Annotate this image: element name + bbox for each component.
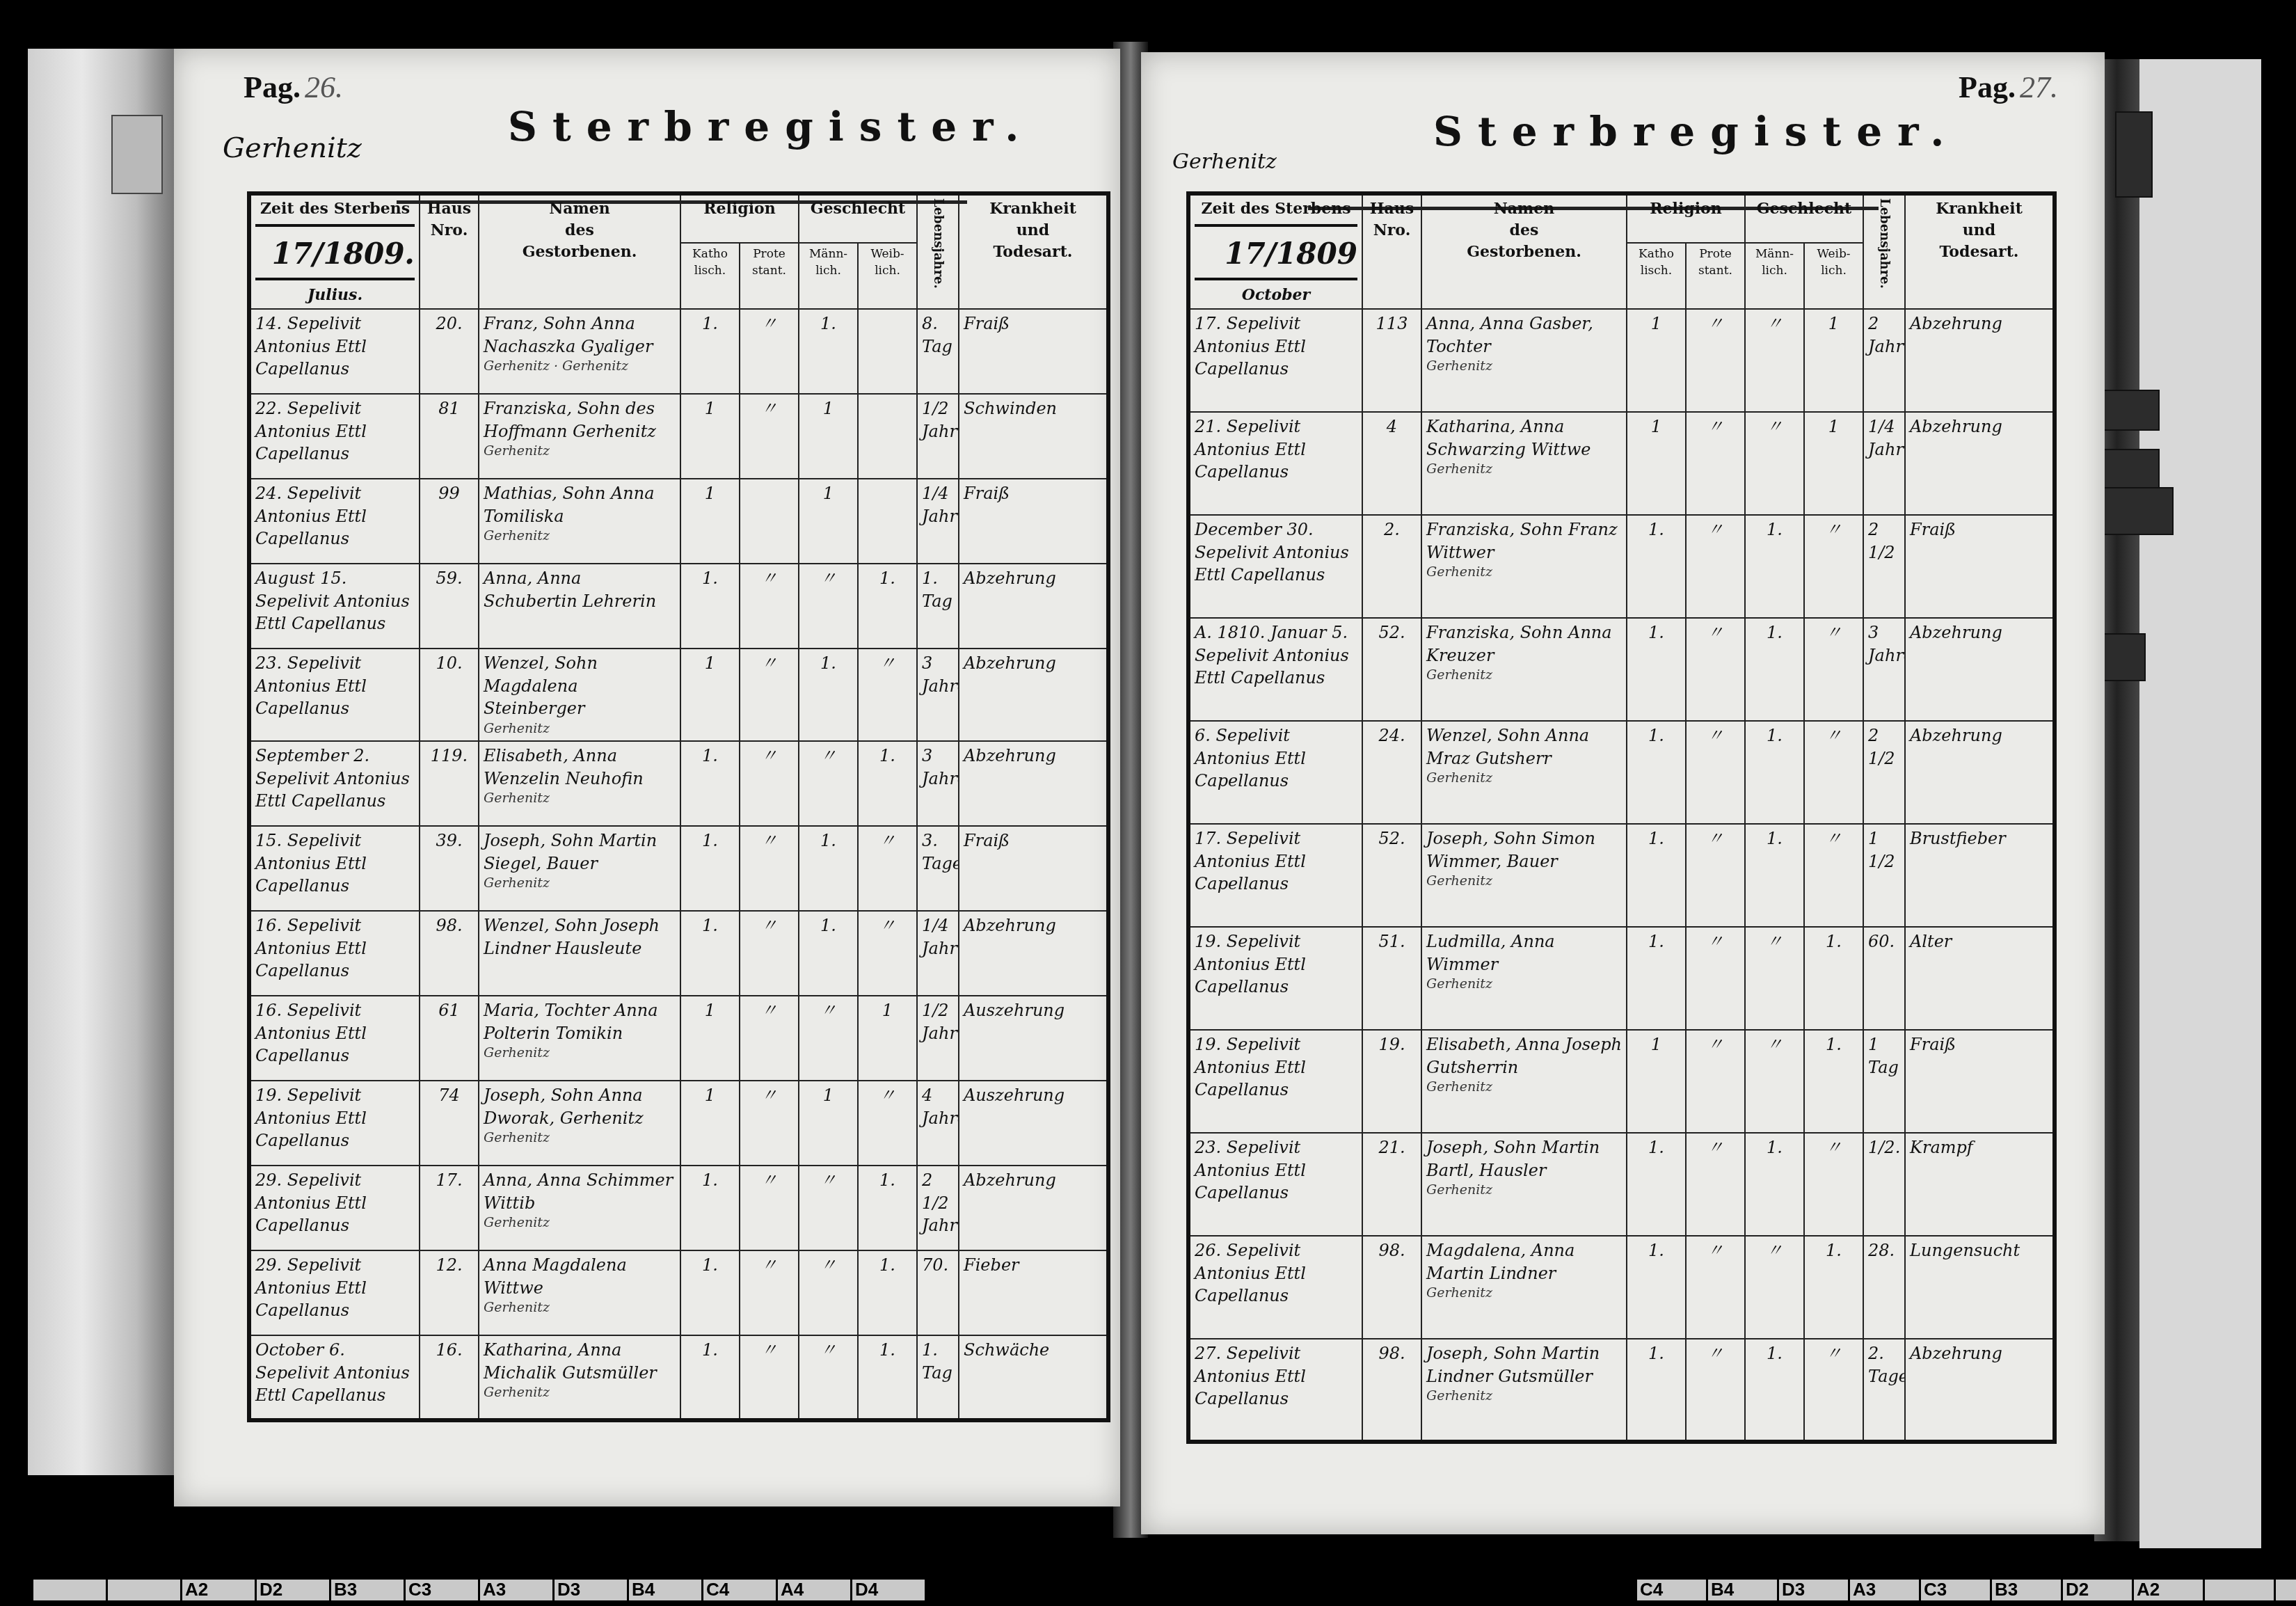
male-mark: 〃: [1745, 412, 1804, 515]
male-mark: 〃: [1745, 927, 1804, 1030]
table-row: 19. Sepelivit Antonius Ettl Capellanus51…: [1188, 927, 2055, 1030]
calibration-cell: D3: [1777, 1580, 1848, 1600]
age-value: 2 1/2: [1863, 515, 1905, 618]
calibration-cell: D2: [2061, 1580, 2132, 1600]
house-number: 4: [1362, 412, 1421, 515]
deceased-name: Katharina, Anna Michalik GutsmüllerGerhe…: [479, 1335, 680, 1420]
catholic-mark: 1.: [680, 309, 740, 394]
catholic-mark: 1.: [1627, 1133, 1686, 1236]
entry-date: 24. Sepelivit Antonius Ettl Capellanus: [249, 479, 420, 564]
age-value: 4 Jahre: [917, 1081, 959, 1166]
male-mark: 1: [799, 1081, 858, 1166]
register-year: 17/1809.: [255, 234, 415, 280]
entry-date: 19. Sepelivit Antonius Ettl Capellanus: [1188, 927, 1362, 1030]
calibration-cell: A2: [180, 1580, 255, 1600]
male-mark: 1.: [1745, 721, 1804, 824]
cause-of-death: Brustfieber: [1905, 824, 2055, 927]
male-mark: 1.: [1745, 618, 1804, 721]
marginal-annotation: Gerhenitz: [1426, 564, 1622, 582]
marginal-annotation: Gerhenitz: [1426, 1182, 1622, 1200]
entry-date: 19. Sepelivit Antonius Ettl Capellanus: [1188, 1030, 1362, 1133]
house-number: 99: [420, 479, 479, 564]
cause-of-death: Abzehrung: [959, 741, 1108, 826]
female-mark: 1: [858, 996, 917, 1081]
entry-date: 23. Sepelivit Antonius Ettl Capellanus: [1188, 1133, 1362, 1236]
age-value: 2 1/2: [1863, 721, 1905, 824]
deceased-name: Katharina, Anna Schwarzing WittweGerheni…: [1421, 412, 1627, 515]
house-number: 61: [420, 996, 479, 1081]
male-mark: 1.: [799, 911, 858, 996]
age-value: 1/2 Jahr: [917, 394, 959, 479]
female-mark: 1: [1804, 412, 1863, 515]
deceased-name: Elisabeth, Anna Joseph GutsherrinGerheni…: [1421, 1030, 1627, 1133]
age-value: 1 Tag: [1863, 1030, 1905, 1133]
male-mark: 1: [799, 394, 858, 479]
deceased-name: Joseph, Sohn Anna Dworak, GerhenitzGerhe…: [479, 1081, 680, 1166]
register-month: October: [1242, 286, 1310, 304]
age-value: 28.: [1863, 1236, 1905, 1339]
parish-name: Gerhenitz: [1172, 150, 1277, 174]
protestant-mark: 〃: [1686, 1133, 1745, 1236]
female-mark: [858, 479, 917, 564]
calibration-cell: B3: [329, 1580, 404, 1600]
age-value: 1/2 Jahr: [917, 996, 959, 1081]
calibration-cell: B4: [1706, 1580, 1777, 1600]
protestant-header: Prote stant.: [1686, 243, 1745, 309]
deceased-name: Anna, Anna Schubertin Lehrerin: [479, 564, 680, 649]
protestant-mark: 〃: [1686, 618, 1745, 721]
marginal-annotation: Gerhenitz: [484, 1129, 676, 1147]
religion-header: Religion: [680, 193, 799, 243]
calibration-cell: C3: [404, 1580, 478, 1600]
table-row: A. 1810. Januar 5. Sepelivit Antonius Et…: [1188, 618, 2055, 721]
cause-of-death: Fieber: [959, 1250, 1108, 1335]
backing-card: [2139, 59, 2261, 1548]
house-number: 81: [420, 394, 479, 479]
deceased-name: Magdalena, Anna Martin LindnerGerhenitz: [1421, 1236, 1627, 1339]
marginal-annotation: Gerhenitz · Gerhenitz: [484, 358, 676, 376]
age-value: 60.: [1863, 927, 1905, 1030]
age-value: 1/4 Jahr: [917, 479, 959, 564]
entry-date: October 6. Sepelivit Antonius Ettl Capel…: [249, 1335, 420, 1420]
age-value: 1 1/2: [1863, 824, 1905, 927]
entry-date: 17. Sepelivit Antonius Ettl Capellanus: [1188, 824, 1362, 927]
deceased-name: Ludmilla, Anna WimmerGerhenitz: [1421, 927, 1627, 1030]
table-row: 29. Sepelivit Antonius Ettl Capellanus17…: [249, 1166, 1108, 1250]
female-mark: 〃: [1804, 1133, 1863, 1236]
female-mark: 1.: [858, 1250, 917, 1335]
marginal-annotation: Gerhenitz: [484, 1044, 676, 1063]
catholic-mark: 1.: [1627, 1236, 1686, 1339]
calibration-cell: C4: [701, 1580, 776, 1600]
house-number: 98.: [420, 911, 479, 996]
protestant-mark: 〃: [1686, 721, 1745, 824]
table-row: 24. Sepelivit Antonius Ettl Capellanus99…: [249, 479, 1108, 564]
male-mark: 〃: [799, 1166, 858, 1250]
catholic-mark: 1: [680, 996, 740, 1081]
page-number: Pag.27.: [1959, 70, 2058, 105]
cause-of-death: Auszehrung: [959, 1081, 1108, 1166]
female-mark: 1.: [1804, 1030, 1863, 1133]
female-mark: 1.: [858, 1335, 917, 1420]
calibration-cell: C3: [1919, 1580, 1990, 1600]
deceased-name: Wenzel, Sohn Magdalena SteinbergerGerhen…: [479, 649, 680, 741]
calibration-cell: A2: [2132, 1580, 2203, 1600]
sex-header: Geschlecht: [1745, 193, 1863, 243]
entry-date: 6. Sepelivit Antonius Ettl Capellanus: [1188, 721, 1362, 824]
calibration-cell: D4: [850, 1580, 925, 1600]
house-number: 12.: [420, 1250, 479, 1335]
calibration-cell: C4: [1635, 1580, 1706, 1600]
protestant-mark: [740, 479, 799, 564]
table-row: 6. Sepelivit Antonius Ettl Capellanus24.…: [1188, 721, 2055, 824]
age-header: Lebensjahre.: [1863, 193, 1905, 309]
page-label: Pag.: [244, 70, 301, 104]
age-value: 2 1/2 Jahr: [917, 1166, 959, 1250]
protestant-mark: 〃: [740, 996, 799, 1081]
house-number: 2.: [1362, 515, 1421, 618]
deceased-name: Mathias, Sohn Anna TomiliskaGerhenitz: [479, 479, 680, 564]
marginal-annotation: Gerhenitz: [484, 1384, 676, 1402]
female-mark: 〃: [858, 649, 917, 741]
age-value: 70.: [917, 1250, 959, 1335]
catholic-mark: 1.: [1627, 515, 1686, 618]
marginal-annotation: Gerhenitz: [484, 527, 676, 546]
house-number-header: HausNro.: [420, 193, 479, 309]
male-mark: 1.: [1745, 824, 1804, 927]
table-row: 26. Sepelivit Antonius Ettl Capellanus98…: [1188, 1236, 2055, 1339]
age-value: 1/4 Jahr: [917, 911, 959, 996]
index-tab: [2101, 390, 2160, 431]
table-row: September 2. Sepelivit Antonius Ettl Cap…: [249, 741, 1108, 826]
deceased-name: Franziska, Sohn des Hoffmann GerhenitzGe…: [479, 394, 680, 479]
table-row: 19. Sepelivit Antonius Ettl Capellanus74…: [249, 1081, 1108, 1166]
deceased-name: Anna Magdalena WittweGerhenitz: [479, 1250, 680, 1335]
female-mark: 〃: [1804, 824, 1863, 927]
calibration-cell: [2274, 1580, 2296, 1600]
male-mark: 1.: [1745, 1339, 1804, 1442]
house-number: 17.: [420, 1166, 479, 1250]
male-mark: 1.: [799, 649, 858, 741]
house-number: 59.: [420, 564, 479, 649]
marginal-annotation: Gerhenitz: [1426, 873, 1622, 891]
female-mark: 〃: [1804, 1339, 1863, 1442]
calibration-cell: D2: [255, 1580, 329, 1600]
female-mark: 〃: [858, 1081, 917, 1166]
table-row: 15. Sepelivit Antonius Ettl Capellanus39…: [249, 826, 1108, 911]
female-mark: 1.: [1804, 927, 1863, 1030]
name-header: NamendesGestorbenen.: [1421, 193, 1627, 309]
catholic-mark: 1: [680, 649, 740, 741]
house-number: 74: [420, 1081, 479, 1166]
calibration-cell: B4: [627, 1580, 701, 1600]
scan-background: Pag.26. Gerhenitz Sterbregister. Zeit de…: [0, 0, 2296, 1606]
table-row: 17. Sepelivit Antonius Ettl Capellanus52…: [1188, 824, 2055, 927]
marginal-annotation: Gerhenitz: [484, 720, 676, 738]
index-tab: [2101, 633, 2146, 681]
catholic-mark: 1.: [1627, 824, 1686, 927]
age-value: 2. Tage: [1863, 1339, 1905, 1442]
right-page: Pag.27. Gerhenitz Sterbregister. Zeit de…: [1141, 52, 2105, 1534]
age-value: 1. Tag: [917, 1335, 959, 1420]
protestant-mark: 〃: [740, 1081, 799, 1166]
male-mark: 〃: [799, 564, 858, 649]
entry-date: 21. Sepelivit Antonius Ettl Capellanus: [1188, 412, 1362, 515]
female-mark: [858, 309, 917, 394]
marginal-annotation: Gerhenitz: [1426, 1079, 1622, 1097]
deceased-name: Wenzel, Sohn Joseph Lindner Hausleute: [479, 911, 680, 996]
index-tab: [2115, 111, 2153, 198]
death-register-table: Zeit des Sterbens 17/1809. Julius. HausN…: [247, 191, 1110, 1422]
entry-date: A. 1810. Januar 5. Sepelivit Antonius Et…: [1188, 618, 1362, 721]
cause-of-death: Auszehrung: [959, 996, 1108, 1081]
left-page: Pag.26. Gerhenitz Sterbregister. Zeit de…: [174, 49, 1120, 1506]
sex-header: Geschlecht: [799, 193, 917, 243]
catholic-mark: 1.: [680, 1335, 740, 1420]
protestant-mark: 〃: [1686, 1339, 1745, 1442]
cause-of-death-header: KrankheitundTodesart.: [1905, 193, 2055, 309]
cause-of-death: Abzehrung: [959, 649, 1108, 741]
protestant-mark: 〃: [740, 1166, 799, 1250]
table-row: 16. Sepelivit Antonius Ettl Capellanus61…: [249, 996, 1108, 1081]
protestant-mark: 〃: [740, 1250, 799, 1335]
house-number: 98.: [1362, 1236, 1421, 1339]
deceased-name: Joseph, Sohn Simon Wimmer, BauerGerhenit…: [1421, 824, 1627, 927]
protestant-mark: 〃: [740, 826, 799, 911]
table-row: 17. Sepelivit Antonius Ettl Capellanus11…: [1188, 309, 2055, 412]
entry-date: 14. Sepelivit Antonius Ettl Capellanus: [249, 309, 420, 394]
age-value: 1/2.: [1863, 1133, 1905, 1236]
female-header: Weib- lich.: [1804, 243, 1863, 309]
entry-date: 17. Sepelivit Antonius Ettl Capellanus: [1188, 309, 1362, 412]
catholic-mark: 1.: [1627, 721, 1686, 824]
entry-date: 19. Sepelivit Antonius Ettl Capellanus: [249, 1081, 420, 1166]
protestant-mark: 〃: [740, 1335, 799, 1420]
female-mark: 1.: [1804, 1236, 1863, 1339]
catholic-mark: 1.: [680, 1166, 740, 1250]
male-mark: 〃: [1745, 1030, 1804, 1133]
age-value: 1. Tag: [917, 564, 959, 649]
cause-of-death: Abzehrung: [1905, 309, 2055, 412]
catholic-mark: 1.: [1627, 1339, 1686, 1442]
register-title: Sterbregister.: [1433, 108, 1960, 155]
table-row: 21. Sepelivit Antonius Ettl Capellanus4K…: [1188, 412, 2055, 515]
protestant-mark: 〃: [1686, 412, 1745, 515]
register-month: Julius.: [308, 286, 362, 304]
deceased-name: Joseph, Sohn Martin Bartl, HauslerGerhen…: [1421, 1133, 1627, 1236]
marginal-annotation: Gerhenitz: [1426, 1388, 1622, 1406]
catholic-mark: 1.: [680, 741, 740, 826]
cause-of-death: Abzehrung: [959, 911, 1108, 996]
entry-date: December 30. Sepelivit Antonius Ettl Cap…: [1188, 515, 1362, 618]
house-number: 16.: [420, 1335, 479, 1420]
female-mark: 1: [1804, 309, 1863, 412]
male-mark: 1.: [799, 826, 858, 911]
table-row: 22. Sepelivit Antonius Ettl Capellanus81…: [249, 394, 1108, 479]
cause-of-death: Schwäche: [959, 1335, 1108, 1420]
index-tab: [2101, 487, 2174, 535]
calibration-cell: [2203, 1580, 2274, 1600]
deceased-name: Franz, Sohn Anna Nachaszka GyaligerGerhe…: [479, 309, 680, 394]
house-number: 52.: [1362, 824, 1421, 927]
cause-of-death: Fraiß: [959, 479, 1108, 564]
deceased-name: Joseph, Sohn Martin Siegel, BauerGerheni…: [479, 826, 680, 911]
female-mark: [858, 394, 917, 479]
catholic-mark: 1: [680, 479, 740, 564]
house-number: 51.: [1362, 927, 1421, 1030]
calibration-cell: A3: [1848, 1580, 1919, 1600]
binding-tab: [111, 115, 163, 194]
microfilm-calibration-strip-left: A2D2B3C3A3D3B4C4A4D4: [31, 1580, 925, 1600]
marginal-annotation: Gerhenitz: [484, 790, 676, 808]
death-register-table: Zeit des Sterbens 17/1809 October HausNr…: [1186, 191, 2057, 1444]
catholic-mark: 1: [1627, 412, 1686, 515]
female-mark: 〃: [858, 826, 917, 911]
entry-date: 16. Sepelivit Antonius Ettl Capellanus: [249, 996, 420, 1081]
protestant-mark: 〃: [740, 309, 799, 394]
table-row: 19. Sepelivit Antonius Ettl Capellanus19…: [1188, 1030, 2055, 1133]
marginal-annotation: Gerhenitz: [484, 1214, 676, 1232]
female-mark: 〃: [1804, 515, 1863, 618]
deceased-name: Wenzel, Sohn Anna Mraz GutsherrGerhenitz: [1421, 721, 1627, 824]
catholic-mark: 1.: [680, 564, 740, 649]
cause-of-death: Krampf: [1905, 1133, 2055, 1236]
cause-of-death: Fraiß: [1905, 1030, 2055, 1133]
catholic-header: Katho lisch.: [1627, 243, 1686, 309]
microfilm-calibration-strip-right: C4B4D3A3C3B3D2A2: [1635, 1580, 2296, 1600]
time-of-death-header: Zeit des Sterbens 17/1809. Julius.: [249, 193, 420, 309]
cause-of-death: Fraiß: [959, 826, 1108, 911]
parish-name: Gerhenitz: [223, 132, 362, 164]
house-number: 24.: [1362, 721, 1421, 824]
entry-date: August 15. Sepelivit Antonius Ettl Capel…: [249, 564, 420, 649]
protestant-header: Prote stant.: [740, 243, 799, 309]
female-mark: 1.: [858, 741, 917, 826]
male-mark: 1.: [799, 309, 858, 394]
entry-date: 27. Sepelivit Antonius Ettl Capellanus: [1188, 1339, 1362, 1442]
age-value: 3 Jahre: [917, 741, 959, 826]
protestant-mark: 〃: [740, 564, 799, 649]
male-mark: 〃: [1745, 1236, 1804, 1339]
register-rows: 14. Sepelivit Antonius Ettl Capellanus20…: [249, 309, 1108, 1420]
register-year: 17/1809: [1195, 234, 1357, 280]
protestant-mark: 〃: [740, 394, 799, 479]
catholic-mark: 1.: [680, 911, 740, 996]
calibration-cell: [106, 1580, 180, 1600]
male-mark: 1.: [1745, 515, 1804, 618]
house-number: 119.: [420, 741, 479, 826]
cause-of-death: Fraiß: [959, 309, 1108, 394]
house-number: 20.: [420, 309, 479, 394]
cause-of-death: Abzehrung: [1905, 412, 2055, 515]
marginal-annotation: Gerhenitz: [1426, 358, 1622, 376]
deceased-name: Franziska, Sohn Anna KreuzerGerhenitz: [1421, 618, 1627, 721]
age-value: 3 Jahre: [917, 649, 959, 741]
house-number: 19.: [1362, 1030, 1421, 1133]
protestant-mark: 〃: [1686, 1236, 1745, 1339]
female-mark: 1.: [858, 564, 917, 649]
female-mark: 〃: [1804, 721, 1863, 824]
age-value: 1/4 Jahr: [1863, 412, 1905, 515]
name-header: NamendesGestorbenen.: [479, 193, 680, 309]
house-number: 21.: [1362, 1133, 1421, 1236]
male-mark: 〃: [1745, 309, 1804, 412]
house-number: 10.: [420, 649, 479, 741]
marginal-annotation: Gerhenitz: [1426, 1285, 1622, 1303]
table-row: October 6. Sepelivit Antonius Ettl Capel…: [249, 1335, 1108, 1420]
deceased-name: Maria, Tochter Anna Polterin TomikinGerh…: [479, 996, 680, 1081]
marginal-annotation: Gerhenitz: [484, 443, 676, 461]
marginal-annotation: Gerhenitz: [1426, 667, 1622, 685]
marginal-annotation: Gerhenitz: [1426, 976, 1622, 994]
page-number-value: 26.: [305, 70, 343, 104]
house-number: 52.: [1362, 618, 1421, 721]
catholic-mark: 1: [680, 394, 740, 479]
catholic-mark: 1.: [1627, 618, 1686, 721]
entry-date: 15. Sepelivit Antonius Ettl Capellanus: [249, 826, 420, 911]
age-header: Lebensjahre.: [917, 193, 959, 309]
entry-date: 23. Sepelivit Antonius Ettl Capellanus: [249, 649, 420, 741]
cause-of-death: Alter: [1905, 927, 2055, 1030]
marginal-annotation: Gerhenitz: [484, 1299, 676, 1317]
age-value: 3. Tage: [917, 826, 959, 911]
age-value: 8. Tag: [917, 309, 959, 394]
religion-header: Religion: [1627, 193, 1745, 243]
cause-of-death: Lungensucht: [1905, 1236, 2055, 1339]
protestant-mark: 〃: [740, 911, 799, 996]
calibration-cell: D3: [552, 1580, 627, 1600]
catholic-mark: 1: [1627, 309, 1686, 412]
cause-of-death: Schwinden: [959, 394, 1108, 479]
table-row: 27. Sepelivit Antonius Ettl Capellanus98…: [1188, 1339, 2055, 1442]
cause-of-death: Abzehrung: [1905, 618, 2055, 721]
page-number-value: 27.: [2020, 70, 2058, 104]
male-header: Männ- lich.: [1745, 243, 1804, 309]
register-rows: 17. Sepelivit Antonius Ettl Capellanus11…: [1188, 309, 2055, 1442]
catholic-mark: 1.: [1627, 927, 1686, 1030]
male-mark: 1: [799, 479, 858, 564]
age-value: 3 Jahre: [1863, 618, 1905, 721]
calibration-cell: B3: [1990, 1580, 2061, 1600]
male-mark: 〃: [799, 1250, 858, 1335]
entry-date: 26. Sepelivit Antonius Ettl Capellanus: [1188, 1236, 1362, 1339]
house-number: 98.: [1362, 1339, 1421, 1442]
female-mark: 〃: [1804, 618, 1863, 721]
female-header: Weib- lich.: [858, 243, 917, 309]
male-mark: 〃: [799, 996, 858, 1081]
calibration-cell: A4: [776, 1580, 850, 1600]
protestant-mark: 〃: [1686, 824, 1745, 927]
entry-date: 29. Sepelivit Antonius Ettl Capellanus: [249, 1166, 420, 1250]
marginal-annotation: Gerhenitz: [1426, 461, 1622, 479]
table-row: 14. Sepelivit Antonius Ettl Capellanus20…: [249, 309, 1108, 394]
male-mark: 〃: [799, 741, 858, 826]
page-label: Pag.: [1959, 70, 2016, 104]
register-title: Sterbregister.: [508, 103, 1035, 150]
age-value: 2 Jahr: [1863, 309, 1905, 412]
table-row: 16. Sepelivit Antonius Ettl Capellanus98…: [249, 911, 1108, 996]
marginal-annotation: Gerhenitz: [484, 875, 676, 893]
page-number: Pag.26.: [244, 70, 343, 105]
entry-date: 16. Sepelivit Antonius Ettl Capellanus: [249, 911, 420, 996]
entry-date: 22. Sepelivit Antonius Ettl Capellanus: [249, 394, 420, 479]
deceased-name: Elisabeth, Anna Wenzelin NeuhofinGerheni…: [479, 741, 680, 826]
calibration-cell: [31, 1580, 106, 1600]
house-number: 113: [1362, 309, 1421, 412]
catholic-mark: 1.: [680, 1250, 740, 1335]
protestant-mark: 〃: [1686, 1030, 1745, 1133]
catholic-header: Katho lisch.: [680, 243, 740, 309]
